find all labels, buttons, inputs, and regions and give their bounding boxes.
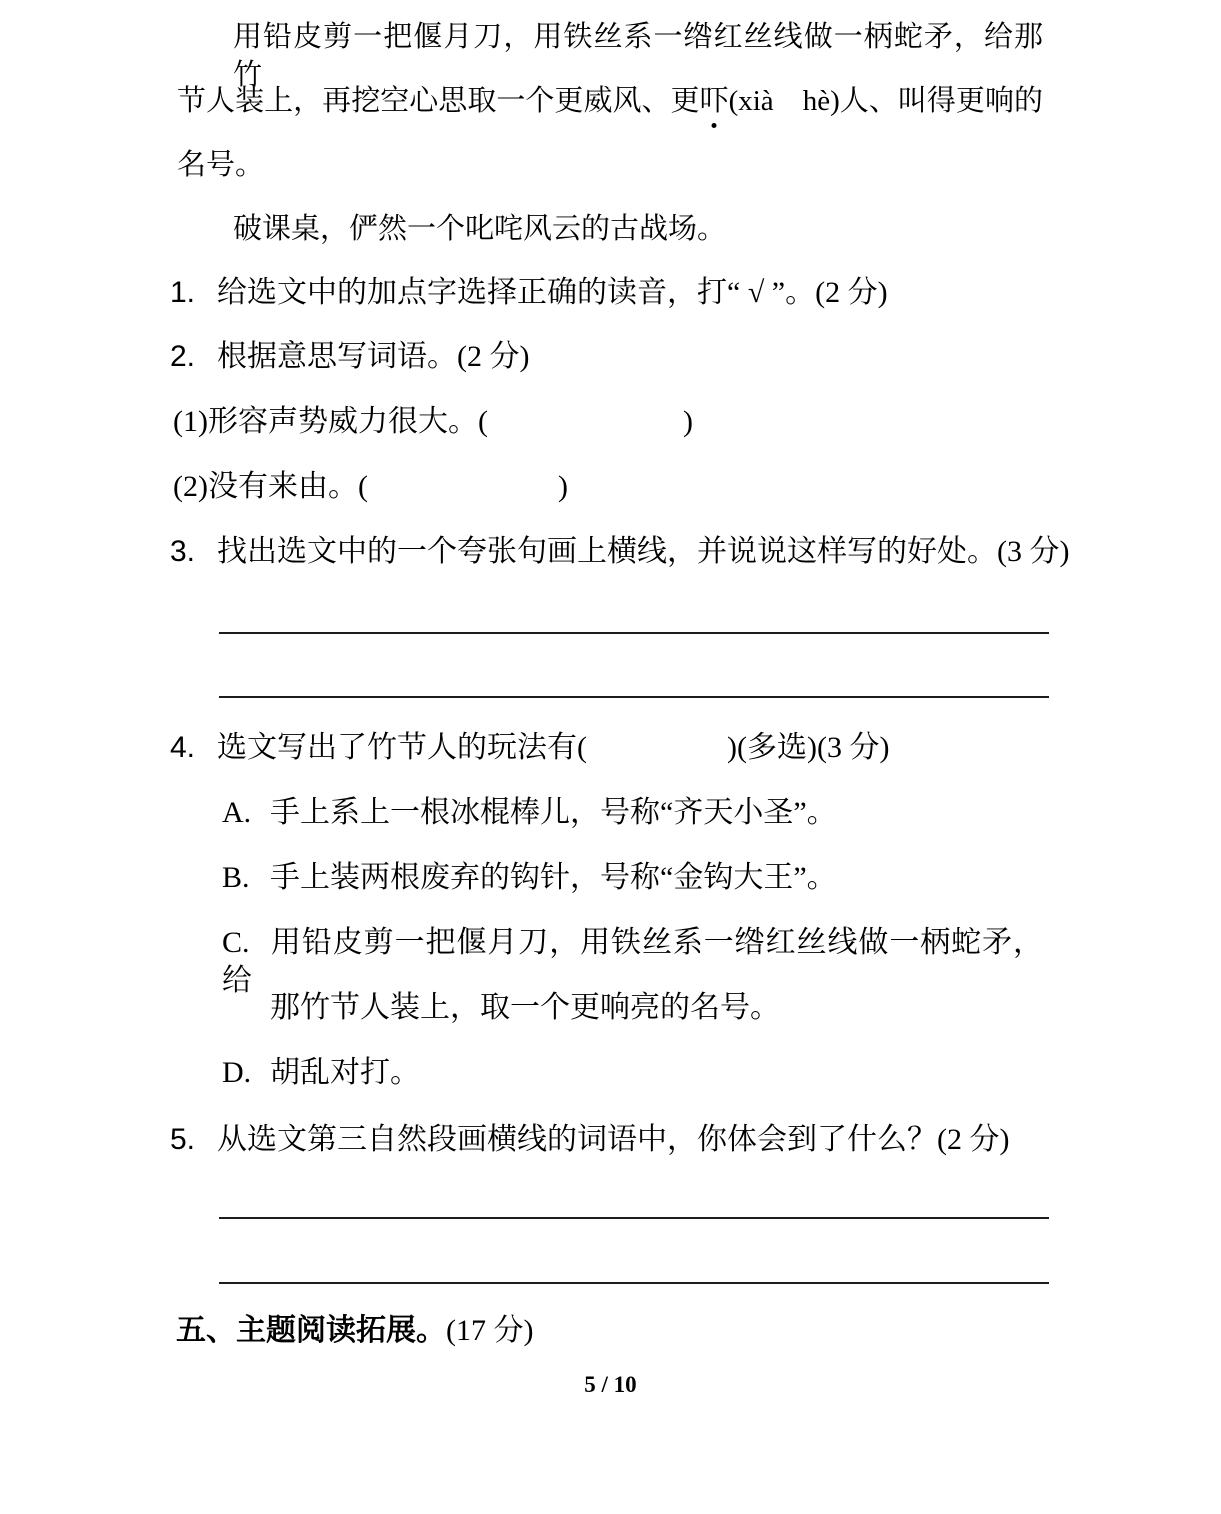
answer-blank: [488, 429, 683, 431]
section-5-heading: 五、主题阅读拓展。(17 分): [176, 1312, 533, 1350]
question-5-number: 5.: [170, 1121, 217, 1159]
option-b: B.手上装两根废弃的钩针，号称“金钩大王”。: [222, 859, 837, 897]
question-5-text: 从选文第三自然段画横线的词语中，你体会到了什么？(2 分): [217, 1123, 1009, 1156]
section-5-points: (17 分): [446, 1314, 533, 1347]
question-4-number: 4.: [170, 729, 217, 767]
question-2-sub1-text: (1)形容声势威力很大。(: [173, 405, 488, 438]
question-4-text-pre: 选文写出了竹节人的玩法有(: [217, 731, 587, 764]
answer-blank: [587, 755, 727, 757]
passage-para1-line2: 节人装上，再挖空心思取一个更威风、更吓(xià hè)人、叫得更响的: [177, 82, 1043, 120]
answer-line: [219, 1217, 1049, 1219]
question-4-text-post: )(多选)(3 分): [727, 731, 889, 764]
question-5: 5.从选文第三自然段画横线的词语中，你体会到了什么？(2 分): [170, 1121, 1009, 1159]
question-2-sub2-close: ): [558, 470, 568, 503]
question-1-text: 给选文中的加点字选择正确的读音，打“ √ ”。(2 分): [217, 276, 888, 309]
option-a: A.手上系上一根冰棍棒儿，号称“齐天小圣”。: [222, 794, 837, 832]
question-3: 3.找出选文中的一个夸张句画上横线，并说说这样写的好处。(3 分): [170, 533, 1069, 571]
answer-line: [219, 1282, 1049, 1284]
passage-para1-line2-pre: 节人装上，再挖空心思取一个更威风、更: [177, 85, 700, 117]
question-3-number: 3.: [170, 533, 217, 571]
answer-line: [219, 632, 1049, 634]
option-b-letter: B.: [222, 859, 270, 897]
option-b-text: 手上装两根废弃的钩针，号称“金钩大王”。: [270, 861, 837, 894]
passage-para1-line3: 名号。: [177, 146, 264, 184]
question-2-number: 2.: [170, 338, 217, 376]
test-paper-page: 用铅皮剪一把偃月刀，用铁丝系一绺红丝线做一柄蛇矛，给那竹 节人装上，再挖空心思取…: [0, 0, 1221, 1514]
question-2-sub1: (1)形容声势威力很大。(): [173, 403, 693, 441]
option-c-text-line1: 用铅皮剪一把偃月刀，用铁丝系一绺红丝线做一柄蛇矛，给: [222, 926, 1043, 997]
answer-line: [219, 696, 1049, 698]
option-c-letter: C.: [222, 924, 270, 962]
question-2: 2.根据意思写词语。(2 分): [170, 338, 529, 376]
question-2-sub2-text: (2)没有来由。(: [173, 470, 368, 503]
question-4: 4.选文写出了竹节人的玩法有()(多选)(3 分): [170, 729, 889, 767]
option-a-text: 手上系上一根冰棍棒儿，号称“齐天小圣”。: [270, 796, 837, 829]
option-d-text: 胡乱对打。: [270, 1056, 420, 1089]
option-d-letter: D.: [222, 1054, 270, 1092]
question-2-sub1-close: ): [683, 405, 693, 438]
question-1-number: 1.: [170, 274, 217, 312]
answer-blank: [368, 494, 558, 496]
option-c-continuation: 那竹节人装上，取一个更响亮的名号。: [270, 989, 780, 1027]
option-d: D.胡乱对打。: [222, 1054, 420, 1092]
question-3-text: 找出选文中的一个夸张句画上横线，并说说这样写的好处。(3 分): [217, 535, 1069, 568]
passage-para2: 破课桌，俨然一个叱咤风云的古战场。: [233, 210, 726, 248]
emphasis-dotted-char: 吓: [700, 82, 729, 120]
question-1: 1.给选文中的加点字选择正确的读音，打“ √ ”。(2 分): [170, 274, 888, 312]
section-5-title: 五、主题阅读拓展。: [176, 1314, 446, 1347]
option-a-letter: A.: [222, 794, 270, 832]
passage-para1-line2-post: (xià hè)人、叫得更响的: [729, 85, 1043, 117]
page-number: 5 / 10: [0, 1372, 1221, 1398]
question-2-text: 根据意思写词语。(2 分): [217, 340, 529, 373]
question-2-sub2: (2)没有来由。(): [173, 468, 568, 506]
